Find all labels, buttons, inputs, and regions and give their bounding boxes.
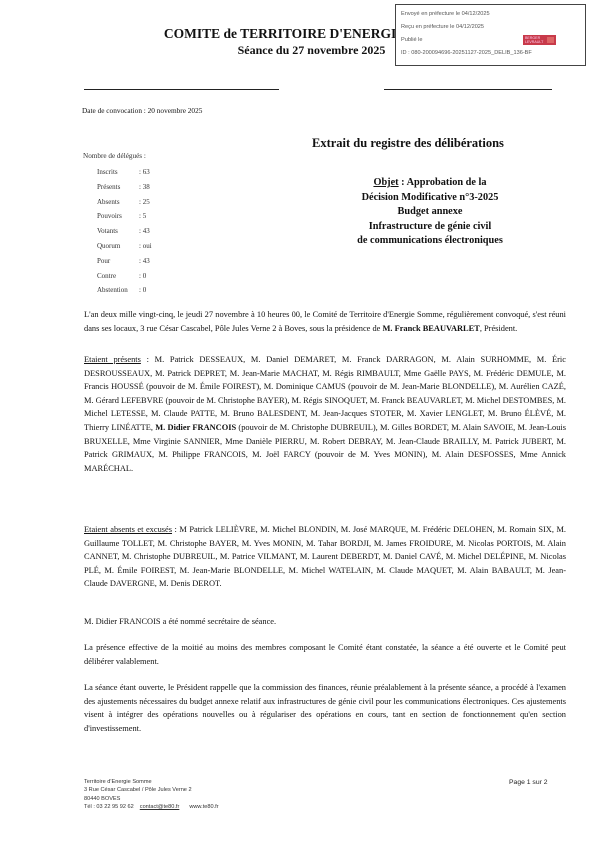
intro-paragraph: L'an deux mille vingt-cinq, le jeudi 27 …	[84, 308, 566, 335]
footer-phone: Tél : 03 22 95 92 62	[84, 804, 134, 810]
row-value: : 25	[139, 195, 169, 210]
footer-website-link[interactable]: www.te80.fr	[189, 804, 218, 810]
intro-suffix: , Président.	[480, 324, 517, 333]
registre-heading: Extrait du registre des délibérations	[312, 136, 504, 151]
row-value: : 38	[139, 180, 169, 195]
footer-email-link[interactable]: contact@te80.fr	[140, 804, 180, 810]
row-label: Inscrits	[97, 165, 139, 180]
row-label: Quorum	[97, 239, 139, 254]
row-label: Absents	[97, 195, 139, 210]
subject-line: : Approbation de la	[399, 177, 487, 188]
subject-line: de communications électroniques	[300, 234, 560, 249]
delegates-row: Quorum: oui	[97, 239, 169, 254]
secretary-name: M. Didier FRANCOIS	[155, 423, 236, 432]
absents-list: : M Patrick LELIÈVRE, M. Michel BLONDIN,…	[84, 525, 566, 588]
absents-label: Etaient absents et excusés	[84, 525, 172, 534]
row-label: Contre	[97, 269, 139, 284]
footer-org: Territoire d'Energie Somme	[84, 778, 219, 786]
delegates-row: Absents: 25	[97, 195, 169, 210]
delegates-row: Abstention: 0	[97, 283, 169, 298]
page-number: Page 1 sur 2	[509, 779, 548, 786]
delegates-row: Inscrits: 63	[97, 165, 169, 180]
row-value: : 63	[139, 165, 169, 180]
stamp-envoye: Envoyé en préfecture le 04/12/2025	[401, 8, 580, 21]
session-paragraph: La séance étant ouverte, le Président ra…	[84, 681, 566, 735]
row-value: : 0	[139, 269, 169, 284]
president-name: M. Franck BEAUVARLET	[382, 324, 479, 333]
delegates-heading: Nombre de délégués :	[83, 152, 146, 160]
presents-label: Etaient présents	[84, 355, 141, 364]
secretary-paragraph: M. Didier FRANCOIS a été nommé secrétair…	[84, 615, 566, 629]
subject-line: Décision Modificative n°3-2025	[300, 191, 560, 206]
subject-line: Infrastructure de génie civil	[300, 220, 560, 235]
row-label: Abstention	[97, 283, 139, 298]
absents-paragraph: Etaient absents et excusés : M Patrick L…	[84, 523, 566, 591]
prefecture-stamp: Envoyé en préfecture le 04/12/2025 Reçu …	[395, 4, 586, 66]
delegates-row: Présents: 38	[97, 180, 169, 195]
footer-address: Territoire d'Energie Somme 3 Rue César C…	[84, 778, 219, 812]
delegates-row: Votants: 43	[97, 224, 169, 239]
delegates-table: Inscrits: 63 Présents: 38 Absents: 25 Po…	[97, 165, 169, 298]
delegates-row: Pour: 43	[97, 254, 169, 269]
header-divider-right	[384, 89, 552, 90]
presents-paragraph: Etaient présents : M. Patrick DESSEAUX, …	[84, 353, 566, 475]
delegates-row: Pouvoirs: 5	[97, 209, 169, 224]
row-label: Votants	[97, 224, 139, 239]
quorum-paragraph: La présence effective de la moitié au mo…	[84, 641, 566, 668]
footer-street: 3 Rue César Cascabel / Pôle Jules Verne …	[84, 786, 219, 794]
row-label: Présents	[97, 180, 139, 195]
stamp-id: ID : 080-200094696-20251127-2025_DELIB_1…	[401, 47, 580, 60]
subject-line: Budget annexe	[300, 205, 560, 220]
row-label: Pour	[97, 254, 139, 269]
deliberation-subject: Objet : Approbation de la Décision Modif…	[300, 176, 560, 249]
row-value: : 5	[139, 209, 169, 224]
convocation-date: Date de convocation : 20 novembre 2025	[82, 106, 202, 115]
subject-label: Objet	[373, 177, 398, 188]
berger-levrault-logo-icon: BERGER LEVRAULT	[523, 35, 556, 45]
row-value: : oui	[139, 239, 169, 254]
row-value: : 43	[139, 254, 169, 269]
presents-list: : M. Patrick DESSEAUX, M. Daniel DEMARET…	[84, 355, 566, 432]
row-value: : 43	[139, 224, 169, 239]
header-divider-left	[84, 89, 279, 90]
row-label: Pouvoirs	[97, 209, 139, 224]
footer-city: 80440 BOVES	[84, 795, 219, 803]
delegates-row: Contre: 0	[97, 269, 169, 284]
stamp-recu: Reçu en préfecture le 04/12/2025	[401, 21, 580, 34]
row-value: : 0	[139, 283, 169, 298]
